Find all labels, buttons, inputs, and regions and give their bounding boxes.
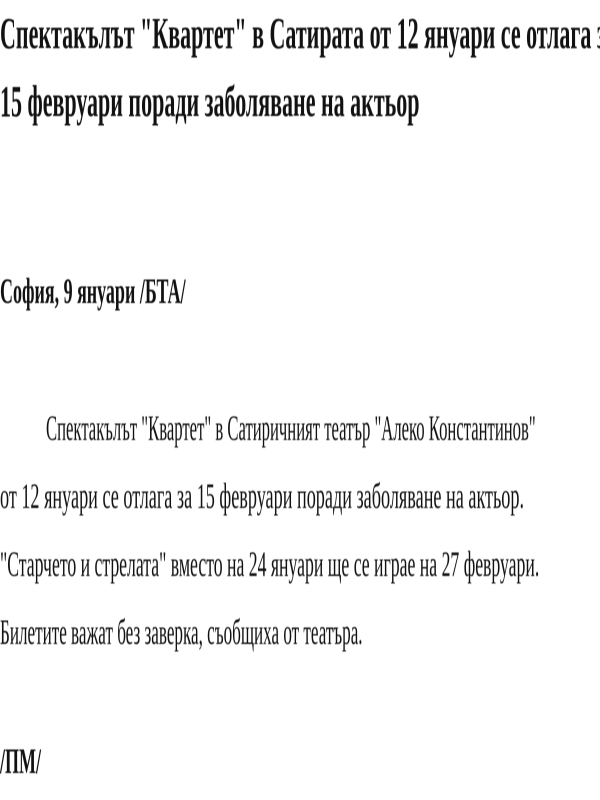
author-signature: /ПМ/ [0,740,41,782]
body-line-1: Спектакълът "Квартет" в Сатиричният теат… [46,410,536,446]
article-title-line-2: 15 февруари поради заболяване на актьор [0,80,420,124]
article-title-line-1: Спектакълът "Квартет" в Сатирата от 12 я… [0,12,600,56]
body-line-2: от 12 януари се отлага за 15 февруари по… [0,478,524,514]
dateline: София, 9 януари /БТА/ [0,270,186,312]
body-line-3: "Старчето и стрелата" вместо на 24 януар… [0,546,539,582]
body-line-4: Билетите важат без заверка, съобщиха от … [0,614,363,650]
